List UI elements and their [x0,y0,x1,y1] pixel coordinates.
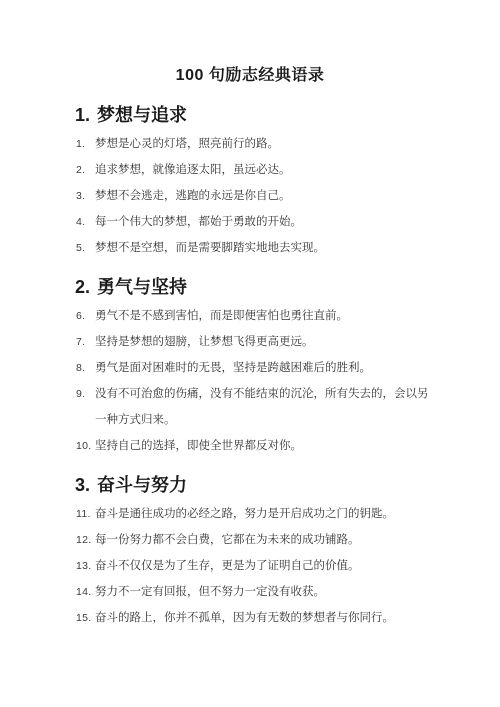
list-item-text: 梦想不是空想，而是需要脚踏实地地去实现。 [95,235,430,261]
list-item-number: 13. [76,553,95,579]
list-item-number: 9. [76,381,95,433]
list-item-number: 10. [76,433,95,459]
list-item-number: 15. [76,605,95,631]
list-item: 1. 梦想是心灵的灯塔，照亮前行的路。 [76,131,430,157]
section-heading-number: 1. [75,103,97,128]
list-item-text: 坚持是梦想的翅膀，让梦想飞得更高更远。 [95,329,430,355]
section-heading-number: 3. [75,473,97,498]
list-item: 13. 奋斗不仅仅是为了生存，更是为了证明自己的价值。 [76,553,430,579]
list-item: 4. 每一个伟大的梦想，都始于勇敢的开始。 [76,209,430,235]
list-item: 15. 奋斗的路上，你并不孤单，因为有无数的梦想者与你同行。 [76,605,430,631]
list-item-number: 6. [76,303,95,329]
list-item-text: 奋斗的路上，你并不孤单，因为有无数的梦想者与你同行。 [95,605,430,631]
list-item-number: 3. [76,183,95,209]
list-item: 12. 每一份努力都不会白费，它都在为未来的成功铺路。 [76,527,430,553]
list-item-text: 坚持自己的选择，即使全世界都反对你。 [95,433,430,459]
section-courage: 2. 勇气与坚持 6. 勇气不是不感到害怕，而是即便害怕也勇往直前。 7. 坚持… [0,275,500,459]
list-item: 10. 坚持自己的选择，即使全世界都反对你。 [76,433,430,459]
list-item: 2. 追求梦想，就像追逐太阳，虽远必达。 [76,157,430,183]
list-item: 3. 梦想不会逃走，逃跑的永远是你自己。 [76,183,430,209]
list-item: 14. 努力不一定有回报，但不努力一定没有收获。 [76,579,430,605]
list-item: 5. 梦想不是空想，而是需要脚踏实地地去实现。 [76,235,430,261]
section-heading: 1. 梦想与追求 [75,103,500,128]
list-item-text: 努力不一定有回报，但不努力一定没有收获。 [95,579,430,605]
section-heading-number: 2. [75,275,97,300]
document-page: 100 句励志经典语录 1. 梦想与追求 1. 梦想是心灵的灯塔，照亮前行的路。… [0,0,500,707]
list-item-number: 2. [76,157,95,183]
list-item-text: 追求梦想，就像追逐太阳，虽远必达。 [95,157,430,183]
list-item-text: 每一个伟大的梦想，都始于勇敢的开始。 [95,209,430,235]
section-dreams: 1. 梦想与追求 1. 梦想是心灵的灯塔，照亮前行的路。 2. 追求梦想，就像追… [0,103,500,261]
list-item-number: 12. [76,527,95,553]
section-heading-text: 梦想与追求 [97,103,187,128]
list-item-text: 没有不可治愈的伤痛，没有不能结束的沉沦，所有失去的，会以另一种方式归来。 [95,381,430,433]
list-item: 11. 奋斗是通往成功的必经之路，努力是开启成功之门的钥匙。 [76,501,430,527]
list-item-text: 奋斗是通往成功的必经之路，努力是开启成功之门的钥匙。 [95,501,430,527]
list-item-number: 1. [76,131,95,157]
list-item-text: 奋斗不仅仅是为了生存，更是为了证明自己的价值。 [95,553,430,579]
section-heading-text: 勇气与坚持 [97,275,187,300]
list-item-text: 梦想是心灵的灯塔，照亮前行的路。 [95,131,430,157]
section-heading: 3. 奋斗与努力 [75,473,500,498]
list-item-text: 勇气不是不感到害怕，而是即便害怕也勇往直前。 [95,303,430,329]
list-item-number: 14. [76,579,95,605]
list-item-number: 4. [76,209,95,235]
list-item: 9. 没有不可治愈的伤痛，没有不能结束的沉沦，所有失去的，会以另一种方式归来。 [76,381,430,433]
document-title: 100 句励志经典语录 [0,0,500,89]
list-item: 7. 坚持是梦想的翅膀，让梦想飞得更高更远。 [76,329,430,355]
list-item: 8. 勇气是面对困难时的无畏，坚持是跨越困难后的胜利。 [76,355,430,381]
list-item-text: 勇气是面对困难时的无畏，坚持是跨越困难后的胜利。 [95,355,430,381]
list-item-number: 11. [76,501,95,527]
list-item-text: 梦想不会逃走，逃跑的永远是你自己。 [95,183,430,209]
section-heading: 2. 勇气与坚持 [75,275,500,300]
list-item-text: 每一份努力都不会白费，它都在为未来的成功铺路。 [95,527,430,553]
list-item-number: 7. [76,329,95,355]
section-heading-text: 奋斗与努力 [97,473,187,498]
list-item-number: 8. [76,355,95,381]
list-item: 6. 勇气不是不感到害怕，而是即便害怕也勇往直前。 [76,303,430,329]
section-effort: 3. 奋斗与努力 11. 奋斗是通往成功的必经之路，努力是开启成功之门的钥匙。 … [0,473,500,631]
list-item-number: 5. [76,235,95,261]
